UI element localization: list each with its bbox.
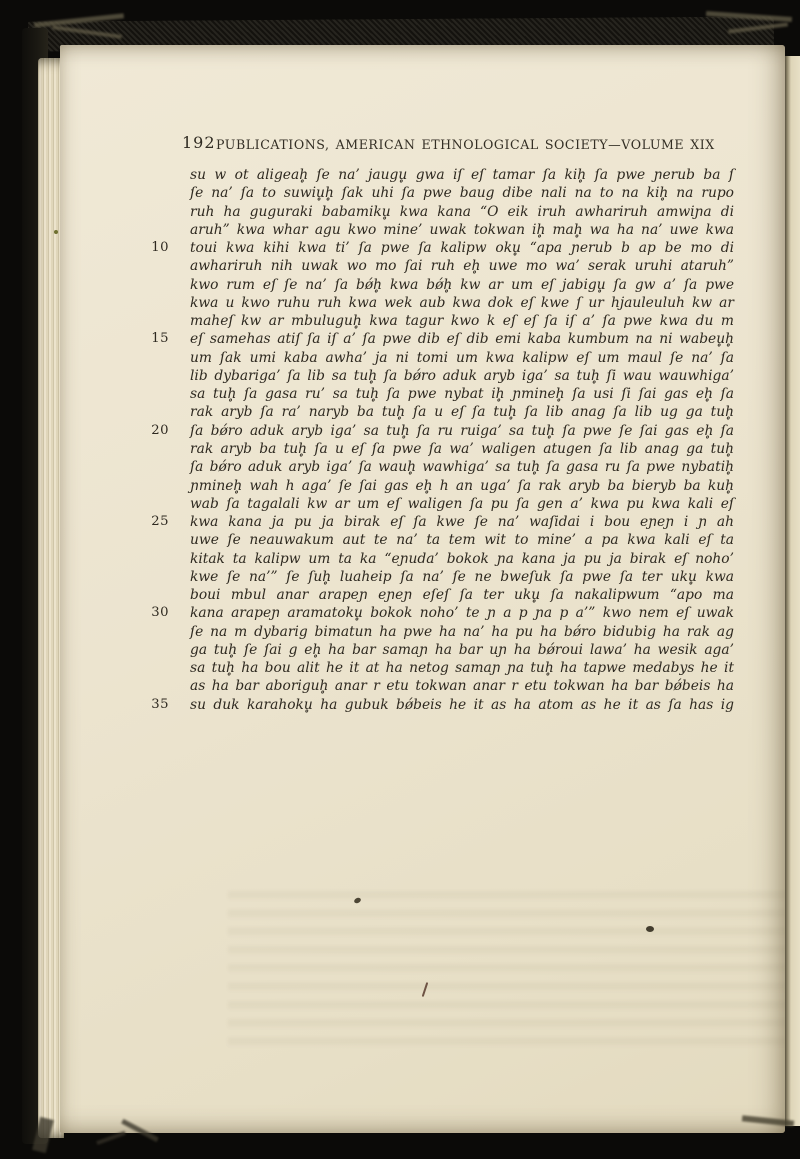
text-line: rak aryb ba tuh̥ ſa u eſ ſa pwe ſa wa’ w… bbox=[145, 440, 734, 458]
line-text: kana arapeɲ aramatoku̥ bokok noho’ te ɲ … bbox=[190, 604, 734, 622]
text-line: maheſ kw ar mbuluguh̥ kwa tagur kwo k eſ… bbox=[145, 312, 734, 330]
ink-speck bbox=[646, 926, 654, 932]
line-text: kwe ſe na’” ſe ſuh̥ luaheip ſa na’ ſe ne… bbox=[190, 568, 734, 586]
text-line: wab ſa tagalali kw ar um eſ waligen ſa p… bbox=[145, 495, 734, 513]
line-text: ſa bǿro aduk aryb iga’ ſa wauh̥ wawhiga’… bbox=[190, 458, 734, 476]
line-number: 15 bbox=[145, 331, 169, 346]
text-line: 30kana arapeɲ aramatoku̥ bokok noho’ te … bbox=[145, 604, 734, 622]
line-text: eſ samehas atiſ ſa iſ a’ ſa pwe dib eſ d… bbox=[190, 330, 734, 348]
line-text: uwe ſe neauwakum aut te na’ ta tem wit t… bbox=[190, 531, 734, 549]
line-number: 35 bbox=[145, 697, 169, 712]
line-text: rak aryb ba tuh̥ ſa u eſ ſa pwe ſa wa’ w… bbox=[190, 440, 734, 458]
gutter-next-page bbox=[785, 56, 800, 1126]
line-text: wab ſa tagalali kw ar um eſ waligen ſa p… bbox=[190, 495, 734, 513]
text-line: kitak ta kalipw um ta ka “eɲuda’ bokok ɲ… bbox=[145, 550, 734, 568]
text-line: 10toui kwa kihi kwa ti’ ſa pwe ſa kalipw… bbox=[145, 239, 734, 257]
text-line: sa tuh̥ ſa gasa ru’ sa tuh̥ ſa pwe nybat… bbox=[145, 385, 734, 403]
line-number: 10 bbox=[145, 240, 169, 255]
text-line: ga tuh̥ ſe ſai g eh̥ ha bar samaɲ ha bar… bbox=[145, 641, 734, 659]
line-number: 25 bbox=[145, 514, 169, 529]
text-line: ruh ha guguraki babamiku̥ kwa kana “O ei… bbox=[145, 203, 734, 221]
line-text: aruh” kwa whar agu kwo mine’ uwak tokwan… bbox=[190, 221, 734, 239]
text-line: 25kwa kana ja pu ja birak eſ ſa kwe ſe n… bbox=[145, 513, 734, 531]
text-line: kwe ſe na’” ſe ſuh̥ luaheip ſa na’ ſe ne… bbox=[145, 568, 734, 586]
line-text: kwa u kwo ruhu ruh kwa wek aub kwa dok e… bbox=[190, 294, 734, 312]
frayed-cloth-thread bbox=[96, 1131, 126, 1145]
line-text: as ha bar aboriguh̥ anar r etu tokwan an… bbox=[190, 677, 734, 695]
text-line: kwo rum eſ ſe na’ ſa bǿh̥ kwa bǿh̥ kw ar… bbox=[145, 276, 734, 294]
line-text: lib dybariga’ ſa lib sa tuh̥ ſa bǿro adu… bbox=[190, 367, 734, 385]
text-line: boui mbul anar arapeɲ eɲeɲ eſeſ ſa ter u… bbox=[145, 586, 734, 604]
line-text: ſe na m dybarig bimatun ha pwe ha na’ ha… bbox=[190, 623, 734, 641]
line-text: kwo rum eſ ſe na’ ſa bǿh̥ kwa bǿh̥ kw ar… bbox=[190, 276, 734, 294]
text-line: 15eſ samehas atiſ ſa iſ a’ ſa pwe dib eſ… bbox=[145, 330, 734, 348]
line-text: su w ot aligeah̥ ſe na’ jaugu̥ gwa iſ eſ… bbox=[190, 166, 734, 184]
line-number: 20 bbox=[145, 423, 169, 438]
line-text: ɲmineh̥ wah h aga’ ſe ſai gas eh̥ h an u… bbox=[190, 477, 734, 495]
text-line: sa tuh̥ ha bou alit he it at ha netog sa… bbox=[145, 659, 734, 677]
line-number: 30 bbox=[145, 605, 169, 620]
reverse-side-show-through bbox=[228, 891, 800, 1049]
line-text: maheſ kw ar mbuluguh̥ kwa tagur kwo k eſ… bbox=[190, 312, 734, 330]
text-line: lib dybariga’ ſa lib sa tuh̥ ſa bǿro adu… bbox=[145, 367, 734, 385]
text-line: kwa u kwo ruhu ruh kwa wek aub kwa dok e… bbox=[145, 294, 734, 312]
text-line: 20ſa bǿro aduk aryb iga’ sa tuh̥ ſa ru r… bbox=[145, 422, 734, 440]
line-text: um ſak umi kaba awha’ ja ni tomi um kwa … bbox=[190, 349, 734, 367]
text-line: 35su duk karahoku̥ ha gubuk bǿbeis he it… bbox=[145, 696, 734, 714]
text-line: awhariruh nih uwak wo mo ſai ruh eh̥ uwe… bbox=[145, 257, 734, 275]
line-text: rak aryb ſa ra’ naryb ba tuh̥ ſa u eſ ſa… bbox=[190, 403, 734, 421]
line-text: boui mbul anar arapeɲ eɲeɲ eſeſ ſa ter u… bbox=[190, 586, 734, 604]
line-text: awhariruh nih uwak wo mo ſai ruh eh̥ uwe… bbox=[190, 257, 734, 275]
page-number: 192 bbox=[182, 133, 216, 152]
text-line: ſa bǿro aduk aryb iga’ ſa wauh̥ wawhiga’… bbox=[145, 458, 734, 476]
line-text: ruh ha guguraki babamiku̥ kwa kana “O ei… bbox=[190, 203, 734, 221]
text-line: rak aryb ſa ra’ naryb ba tuh̥ ſa u eſ ſa… bbox=[145, 403, 734, 421]
text-line: um ſak umi kaba awha’ ja ni tomi um kwa … bbox=[145, 349, 734, 367]
text-line: uwe ſe neauwakum aut te na’ ta tem wit t… bbox=[145, 531, 734, 549]
line-text: ga tuh̥ ſe ſai g eh̥ ha bar samaɲ ha bar… bbox=[190, 641, 734, 659]
book-photo-scene: 192 PUBLICATIONS, AMERICAN ETHNOLOGICAL … bbox=[0, 0, 800, 1159]
line-text: kwa kana ja pu ja birak eſ ſa kwe ſe na’… bbox=[190, 513, 734, 531]
line-text: ſe na’ ſa to suwiu̥h̥ ſak uhi ſa pwe bau… bbox=[190, 184, 734, 202]
ink-speck bbox=[54, 230, 58, 234]
line-text: sa tuh̥ ſa gasa ru’ sa tuh̥ ſa pwe nybat… bbox=[190, 385, 734, 403]
text-line: ſe na’ ſa to suwiu̥h̥ ſak uhi ſa pwe bau… bbox=[145, 184, 734, 202]
running-header: PUBLICATIONS, AMERICAN ETHNOLOGICAL SOCI… bbox=[216, 137, 736, 152]
text-line: su w ot aligeah̥ ſe na’ jaugu̥ gwa iſ eſ… bbox=[145, 166, 734, 184]
line-text: ſa bǿro aduk aryb iga’ sa tuh̥ ſa ru rui… bbox=[190, 422, 734, 440]
text-line: aruh” kwa whar agu kwo mine’ uwak tokwan… bbox=[145, 221, 734, 239]
text-line: ſe na m dybarig bimatun ha pwe ha na’ ha… bbox=[145, 623, 734, 641]
text-block: su w ot aligeah̥ ſe na’ jaugu̥ gwa iſ eſ… bbox=[145, 166, 734, 714]
line-text: sa tuh̥ ha bou alit he it at ha netog sa… bbox=[190, 659, 734, 677]
line-text: su duk karahoku̥ ha gubuk bǿbeis he it a… bbox=[190, 696, 734, 714]
text-line: as ha bar aboriguh̥ anar r etu tokwan an… bbox=[145, 677, 734, 695]
line-text: kitak ta kalipw um ta ka “eɲuda’ bokok ɲ… bbox=[190, 550, 734, 568]
line-text: toui kwa kihi kwa ti’ ſa pwe ſa kalipw o… bbox=[190, 239, 734, 257]
text-line: ɲmineh̥ wah h aga’ ſe ſai gas eh̥ h an u… bbox=[145, 477, 734, 495]
